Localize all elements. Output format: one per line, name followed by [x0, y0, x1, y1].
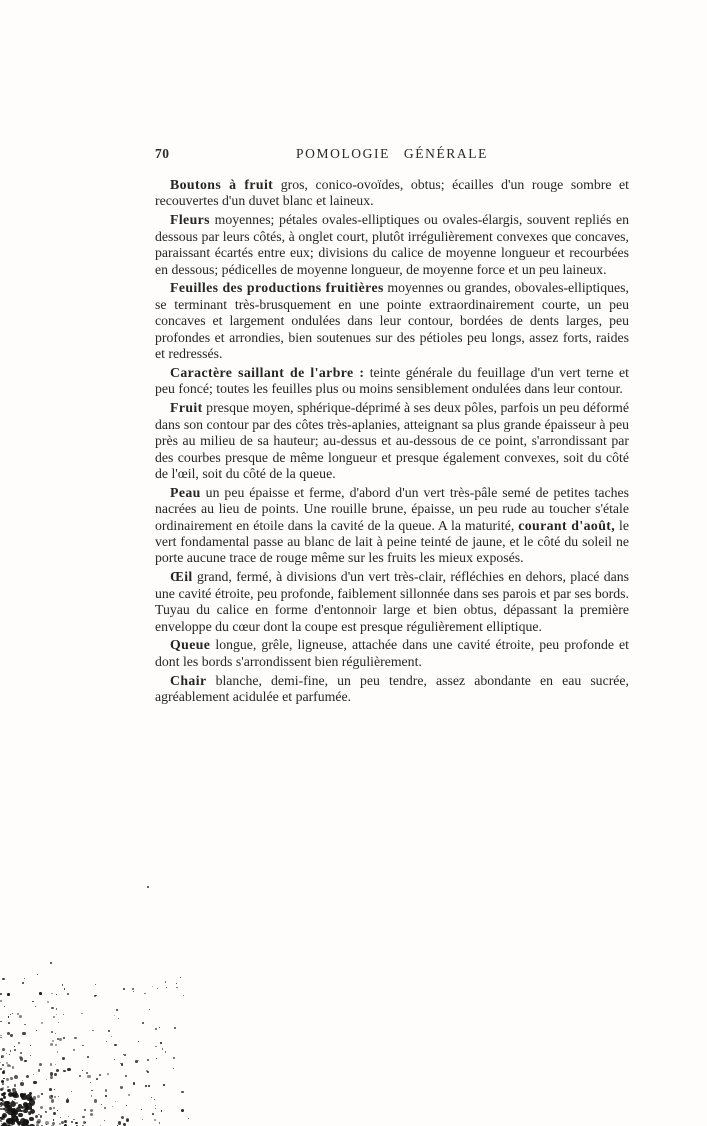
- ink-dot: [149, 1009, 151, 1011]
- ink-dot: [71, 1121, 73, 1123]
- running-head: 70 POMOLOGIE GÉNÉRALE: [155, 146, 629, 163]
- ink-dot: [7, 1109, 14, 1116]
- ink-dot: [55, 1064, 56, 1065]
- ink-dot: [25, 1103, 27, 1105]
- ink-dot: [17, 1121, 21, 1125]
- ink-dot: [90, 1113, 94, 1117]
- ink-dot: [2, 1084, 3, 1085]
- paragraph-text: grand, fermé, à divisions d'un vert très…: [155, 569, 629, 633]
- ink-dot: [10, 1014, 11, 1015]
- ink-dot: [21, 1094, 26, 1099]
- ink-dot: [63, 1037, 65, 1039]
- ink-dot: [24, 1105, 29, 1110]
- ink-dot: [21, 1124, 23, 1126]
- ink-dot: [50, 1043, 53, 1046]
- ink-dot: [21, 1122, 25, 1126]
- ink-dot: [0, 1062, 1, 1063]
- ink-dot: [1, 1123, 3, 1125]
- ink-dot: [15, 1094, 19, 1098]
- paragraph-text: presque moyen, sphérique-déprimé à ses d…: [155, 400, 629, 481]
- ink-dot: [10, 1093, 12, 1095]
- ink-dot: [176, 983, 177, 984]
- ink-dot: [2, 1087, 4, 1089]
- ink-dot: [2, 1113, 7, 1118]
- ink-dot: [91, 1090, 92, 1091]
- paragraphs: Boutons à fruit gros, conico-ovoïdes, ob…: [155, 177, 629, 706]
- ink-dot: [60, 1117, 61, 1118]
- ink-dot: [24, 1024, 26, 1026]
- ink-dot: [114, 1015, 115, 1016]
- ink-dot: [1, 1116, 5, 1120]
- ink-dot: [87, 1056, 89, 1058]
- ink-dot: [18, 1123, 19, 1124]
- ink-dot: [14, 1084, 17, 1087]
- ink-dot: [20, 1110, 22, 1112]
- ink-dot: [21, 1106, 24, 1109]
- ink-dot: [1, 1056, 2, 1057]
- ink-dot: [6, 1118, 13, 1125]
- ink-dot: [107, 1073, 109, 1075]
- paragraph: Boutons à fruit gros, conico-ovoïdes, ob…: [155, 177, 629, 210]
- ink-dot: [25, 1120, 29, 1124]
- ink-dot: [84, 1109, 86, 1111]
- ink-dot: [0, 1000, 2, 1002]
- ink-dot: [85, 1122, 86, 1123]
- ink-dot: [11, 1120, 15, 1124]
- ink-dot: [54, 1089, 55, 1090]
- ink-dot: [30, 1055, 31, 1056]
- ink-dot: [116, 1009, 118, 1011]
- ink-dot: [173, 1068, 174, 1069]
- ink-dot: [2, 1048, 5, 1051]
- ink-dot: [165, 1051, 167, 1053]
- ink-dot: [105, 1095, 107, 1097]
- ink-dot: [16, 1121, 18, 1123]
- ink-dot: [22, 1032, 25, 1035]
- ink-dot: [51, 1095, 53, 1097]
- ink-dot: [22, 1080, 23, 1081]
- ink-dot: [18, 1042, 20, 1044]
- ink-dot: [101, 1104, 102, 1105]
- ink-dot: [4, 1006, 5, 1007]
- ink-dot: [40, 1106, 43, 1109]
- ink-dot: [6, 1112, 7, 1113]
- ink-dot: [94, 995, 96, 997]
- ink-dot: [106, 1041, 107, 1042]
- ink-dot: [173, 1057, 174, 1058]
- ink-dot: [3, 1081, 4, 1082]
- ink-dot: [10, 1034, 13, 1037]
- paragraph: Caractère saillant de l'arbre : teinte g…: [155, 365, 629, 398]
- ink-dot: [1, 1089, 2, 1090]
- ink-dot: [152, 1113, 154, 1115]
- ink-dot: [14, 1046, 15, 1047]
- ink-dot: [160, 1042, 162, 1044]
- ink-dot: [82, 1045, 83, 1046]
- ink-dot: [11, 1118, 15, 1122]
- ink-dot: [8, 1107, 11, 1110]
- ink-dot: [2, 1071, 5, 1074]
- ink-dot: [55, 1044, 57, 1046]
- ink-dot: [14, 1075, 18, 1079]
- paragraph-lead: Œil: [170, 569, 193, 584]
- ink-dot: [7, 1086, 9, 1088]
- ink-dot: [7, 1064, 10, 1067]
- ink-dot: [19, 1015, 22, 1018]
- ink-dot: [114, 1059, 115, 1060]
- ink-dot: [8, 1118, 13, 1123]
- ink-dot: [0, 1108, 2, 1110]
- ink-dot: [0, 1021, 1, 1022]
- ink-dot: [126, 1118, 128, 1120]
- ink-dot: [4, 1123, 5, 1124]
- ink-dot: [148, 1085, 150, 1087]
- ink-dot: [49, 1088, 52, 1091]
- ink-dot: [108, 1030, 110, 1032]
- inline-bold-text: courant d'août,: [518, 518, 615, 533]
- ink-dot: [25, 1122, 28, 1125]
- ink-dot: [0, 1088, 3, 1091]
- ink-dot: [180, 977, 181, 978]
- ink-dot: [124, 1054, 126, 1056]
- paragraph: Œil grand, fermé, à divisions d'un vert …: [155, 569, 629, 635]
- ink-dot: [135, 1060, 137, 1062]
- ink-dot: [14, 1049, 16, 1051]
- ink-dot: [120, 1086, 123, 1089]
- ink-dot: [159, 1122, 160, 1123]
- ink-dot: [37, 1095, 40, 1098]
- ink-dot: [62, 984, 63, 985]
- paragraph-lead: Fleurs: [170, 212, 210, 227]
- ink-dot: [38, 1114, 40, 1116]
- ink-dot: [71, 1091, 73, 1093]
- ink-dot: [5, 1101, 10, 1106]
- ink-dot: [2, 1100, 4, 1102]
- ink-dot: [161, 1110, 163, 1112]
- paragraph-lead: Queue: [170, 637, 210, 652]
- ink-dot: [35, 1006, 36, 1007]
- ink-dot: [55, 1033, 56, 1034]
- ink-dot: [12, 1093, 15, 1096]
- ink-dot: [28, 1111, 32, 1115]
- ink-dot: [20, 1093, 23, 1096]
- ink-dot: [23, 1119, 29, 1125]
- ink-dot: [67, 1098, 68, 1099]
- ink-dot: [0, 1117, 3, 1120]
- ink-dot: [6, 1053, 7, 1054]
- ink-dot: [26, 1094, 32, 1100]
- ink-dot: [90, 1082, 91, 1083]
- ink-dot: [46, 1079, 47, 1080]
- ink-dot: [49, 1107, 52, 1110]
- ink-dot: [18, 1104, 22, 1108]
- ink-dot: [73, 1119, 74, 1120]
- ink-dot: [7, 1105, 9, 1107]
- ink-dot: [0, 1117, 2, 1119]
- ink-dot: [121, 1063, 123, 1065]
- ink-dot: [0, 1106, 2, 1108]
- ink-dot: [16, 1116, 18, 1118]
- ink-dot: [57, 1110, 58, 1111]
- ink-dot: [159, 1027, 160, 1028]
- ink-dot: [54, 1096, 57, 1099]
- ink-dot: [3, 1092, 6, 1095]
- paragraph: Fleurs moyennes; pétales ovales-elliptiq…: [155, 212, 629, 278]
- paragraph-lead: Feuilles des productions fruitières: [170, 280, 384, 295]
- ink-dot: [53, 1107, 55, 1109]
- ink-dot: [11, 1109, 17, 1115]
- ink-dot: [12, 1066, 14, 1068]
- ink-dot: [154, 1099, 155, 1100]
- paragraph-text: blanche, demi-fine, un peu tendre, assez…: [155, 673, 629, 704]
- ink-dot: [30, 1109, 35, 1114]
- ink-dot: [123, 1054, 124, 1055]
- ink-dot: [74, 1037, 77, 1040]
- ink-dot: [121, 1116, 124, 1119]
- ink-dot: [36, 1121, 40, 1125]
- ink-dot: [126, 1119, 129, 1122]
- ink-dot: [79, 1075, 81, 1077]
- paragraph: Fruit presque moyen, sphérique-déprimé à…: [155, 400, 629, 482]
- ink-dot: [82, 1070, 83, 1071]
- ink-dot: [29, 1092, 32, 1095]
- ink-dot: [123, 988, 125, 990]
- ink-dot: [133, 1082, 136, 1085]
- paragraph: Peau un peu épaisse et ferme, d'abord d'…: [155, 485, 629, 567]
- ink-dot: [20, 1052, 22, 1054]
- ink-dot: [24, 1060, 27, 1063]
- ink-dot: [66, 1099, 70, 1103]
- ink-dot: [0, 1068, 2, 1070]
- ink-dot: [57, 1051, 59, 1053]
- ink-dot: [133, 991, 134, 992]
- ink-dot: [174, 1027, 176, 1029]
- ink-dot: [20, 1093, 25, 1098]
- ink-dot: [6, 1062, 9, 1065]
- ink-dot: [4, 1107, 8, 1111]
- ink-dot: [128, 1094, 130, 1096]
- ink-dot: [155, 1108, 156, 1109]
- ink-dot: [14, 1099, 16, 1101]
- ink-dot: [22, 982, 24, 984]
- ink-dot: [1, 1055, 4, 1058]
- ink-dot: [52, 1122, 55, 1125]
- ink-dot: [63, 1070, 65, 1072]
- ink-dot: [51, 1099, 55, 1103]
- ink-dot: [18, 1124, 19, 1125]
- ink-dot: [35, 1115, 38, 1118]
- ink-dot: [30, 1045, 31, 1046]
- ink-dot: [0, 993, 2, 995]
- ink-dot: [183, 995, 184, 996]
- ink-dot: [63, 1014, 64, 1015]
- ink-dot: [50, 1076, 53, 1079]
- ink-dot: [0, 1098, 3, 1101]
- ink-dot: [17, 1013, 19, 1015]
- ink-dot: [29, 1097, 33, 1101]
- ink-dot: [95, 995, 97, 997]
- ink-dot: [23, 1103, 26, 1106]
- ink-dot: [0, 1035, 2, 1037]
- ink-dot: [114, 1044, 117, 1047]
- ink-dot: [83, 1121, 86, 1124]
- ink-dot: [0, 1102, 3, 1105]
- ink-dot: [5, 1123, 7, 1125]
- ink-dot: [181, 1091, 184, 1094]
- ink-dot: [176, 987, 177, 988]
- ink-dot: [105, 1089, 107, 1091]
- ink-dot: [0, 1098, 3, 1101]
- ink-dot: [67, 1068, 70, 1071]
- ink-dot: [86, 1072, 88, 1074]
- ink-dot: [12, 1092, 15, 1095]
- ink-dot: [10, 1077, 13, 1080]
- ink-dot: [118, 1018, 119, 1019]
- ink-dot: [104, 1107, 106, 1109]
- ink-dot: [95, 984, 96, 985]
- ink-dot: [118, 1121, 121, 1124]
- page-number: 70: [155, 146, 170, 162]
- ink-dot: [14, 1110, 18, 1114]
- ink-dot: [32, 1001, 34, 1003]
- ink-dot: [3, 1095, 5, 1097]
- ink-dot: [5, 1101, 9, 1105]
- ink-dot: [12, 1013, 13, 1014]
- ink-dot: [12, 1100, 14, 1102]
- ink-dot: [145, 1085, 146, 1086]
- ink-dot: [138, 1041, 139, 1042]
- ink-dot: [61, 1121, 64, 1124]
- ink-dot: [1, 1093, 4, 1096]
- ink-dot: [23, 1109, 28, 1114]
- ink-dot: [181, 1109, 184, 1112]
- ink-dot: [3, 1123, 5, 1125]
- ink-dot: [1, 1121, 2, 1122]
- paragraph-text: longue, grêle, ligneuse, attachée dans u…: [155, 637, 629, 668]
- ink-dot: [96, 1078, 98, 1080]
- ink-dot: [12, 1088, 16, 1092]
- ink-dot: [5, 1109, 9, 1113]
- ink-dot: [38, 1069, 41, 1072]
- ink-dot: [45, 1121, 49, 1125]
- ink-dot: [36, 1030, 37, 1031]
- ink-dot: [10, 1050, 12, 1052]
- ink-dot: [45, 1111, 46, 1112]
- ink-dot: [4, 1123, 6, 1125]
- ink-dot: [144, 993, 146, 995]
- ink-dot: [157, 988, 158, 989]
- ink-dot: [151, 1097, 152, 1098]
- ink-dot: [51, 1007, 54, 1010]
- ink-dot: [8, 1119, 11, 1122]
- ink-dot: [75, 1122, 77, 1124]
- ink-dot: [154, 1119, 156, 1121]
- ink-dot: [2, 978, 4, 980]
- ink-dot: [30, 1107, 33, 1110]
- ink-dot: [146, 1070, 149, 1073]
- ink-dot: [11, 1112, 16, 1117]
- ink-dot: [3, 1122, 6, 1125]
- paragraph-text: moyennes; pétales ovales-elliptiques ou …: [155, 212, 629, 276]
- ink-dot: [20, 1057, 24, 1061]
- ink-dot: [16, 1107, 21, 1112]
- ink-dot: [50, 1072, 53, 1075]
- ink-dot: [2, 1108, 5, 1111]
- ink-dot: [25, 1103, 31, 1109]
- ink-dot: [11, 1121, 13, 1123]
- ink-dot: [81, 1013, 82, 1014]
- text-column: 70 POMOLOGIE GÉNÉRALE Boutons à fruit gr…: [155, 146, 629, 708]
- ink-dot: [52, 1040, 55, 1043]
- ink-dot: [56, 1069, 59, 1072]
- ink-dot: [22, 1098, 23, 1099]
- ink-dot: [82, 1116, 85, 1119]
- ink-dot: [56, 1008, 58, 1010]
- ink-dot: [166, 987, 167, 988]
- ink-dot: [56, 1014, 57, 1015]
- ink-dot: [9, 1065, 11, 1067]
- ink-dot: [56, 994, 57, 995]
- ink-dot: [7, 1032, 10, 1035]
- ink-dot: [0, 1120, 2, 1122]
- ink-dot: [0, 1117, 1, 1118]
- ink-dot: [7, 993, 9, 995]
- ink-dot: [29, 1117, 34, 1122]
- ink-dot: [141, 1109, 142, 1110]
- ink-dot: [67, 993, 69, 995]
- ink-dot: [37, 1119, 41, 1123]
- ink-dot: [0, 1120, 1, 1121]
- ink-dot: [5, 1101, 8, 1104]
- ink-dot: [59, 1123, 61, 1125]
- ink-dot: [24, 978, 25, 979]
- ink-dot: [147, 1071, 150, 1074]
- ink-dot: [13, 1094, 18, 1099]
- ink-dot: [104, 1120, 105, 1121]
- ink-dot: [33, 1096, 37, 1100]
- ink-dot: [126, 1105, 127, 1106]
- ink-dot: [20, 1118, 26, 1124]
- ink-dot: [53, 1016, 55, 1018]
- ink-dot: [41, 1093, 43, 1095]
- ink-dot: [3, 1070, 5, 1072]
- paragraph-lead: Peau: [170, 485, 201, 500]
- ink-dot: [155, 1046, 156, 1047]
- ink-dot: [9, 1106, 10, 1107]
- ink-dot: [156, 1058, 157, 1059]
- ink-dot: [45, 1111, 47, 1113]
- ink-dot: [90, 1109, 93, 1112]
- ink-dot: [7, 1107, 11, 1111]
- ink-dot: [5, 1106, 7, 1108]
- ink-dot: [53, 1119, 55, 1121]
- ink-dot: [165, 981, 167, 983]
- ink-dot: [33, 1074, 34, 1075]
- ink-dot: [0, 1037, 2, 1039]
- ink-dot: [37, 974, 38, 975]
- ink-dot: [6, 1119, 10, 1123]
- ink-dot: [57, 1038, 59, 1040]
- ink-dot: [11, 1108, 15, 1112]
- ink-dot: [40, 1115, 42, 1117]
- ink-dot: [26, 1075, 29, 1078]
- ink-dot: [152, 986, 153, 987]
- ink-dot: [91, 1095, 92, 1096]
- ink-dot: [51, 1031, 53, 1033]
- ink-dot: [15, 1118, 19, 1122]
- ink-dot: [4, 1096, 6, 1098]
- ink-dot: [62, 1057, 65, 1060]
